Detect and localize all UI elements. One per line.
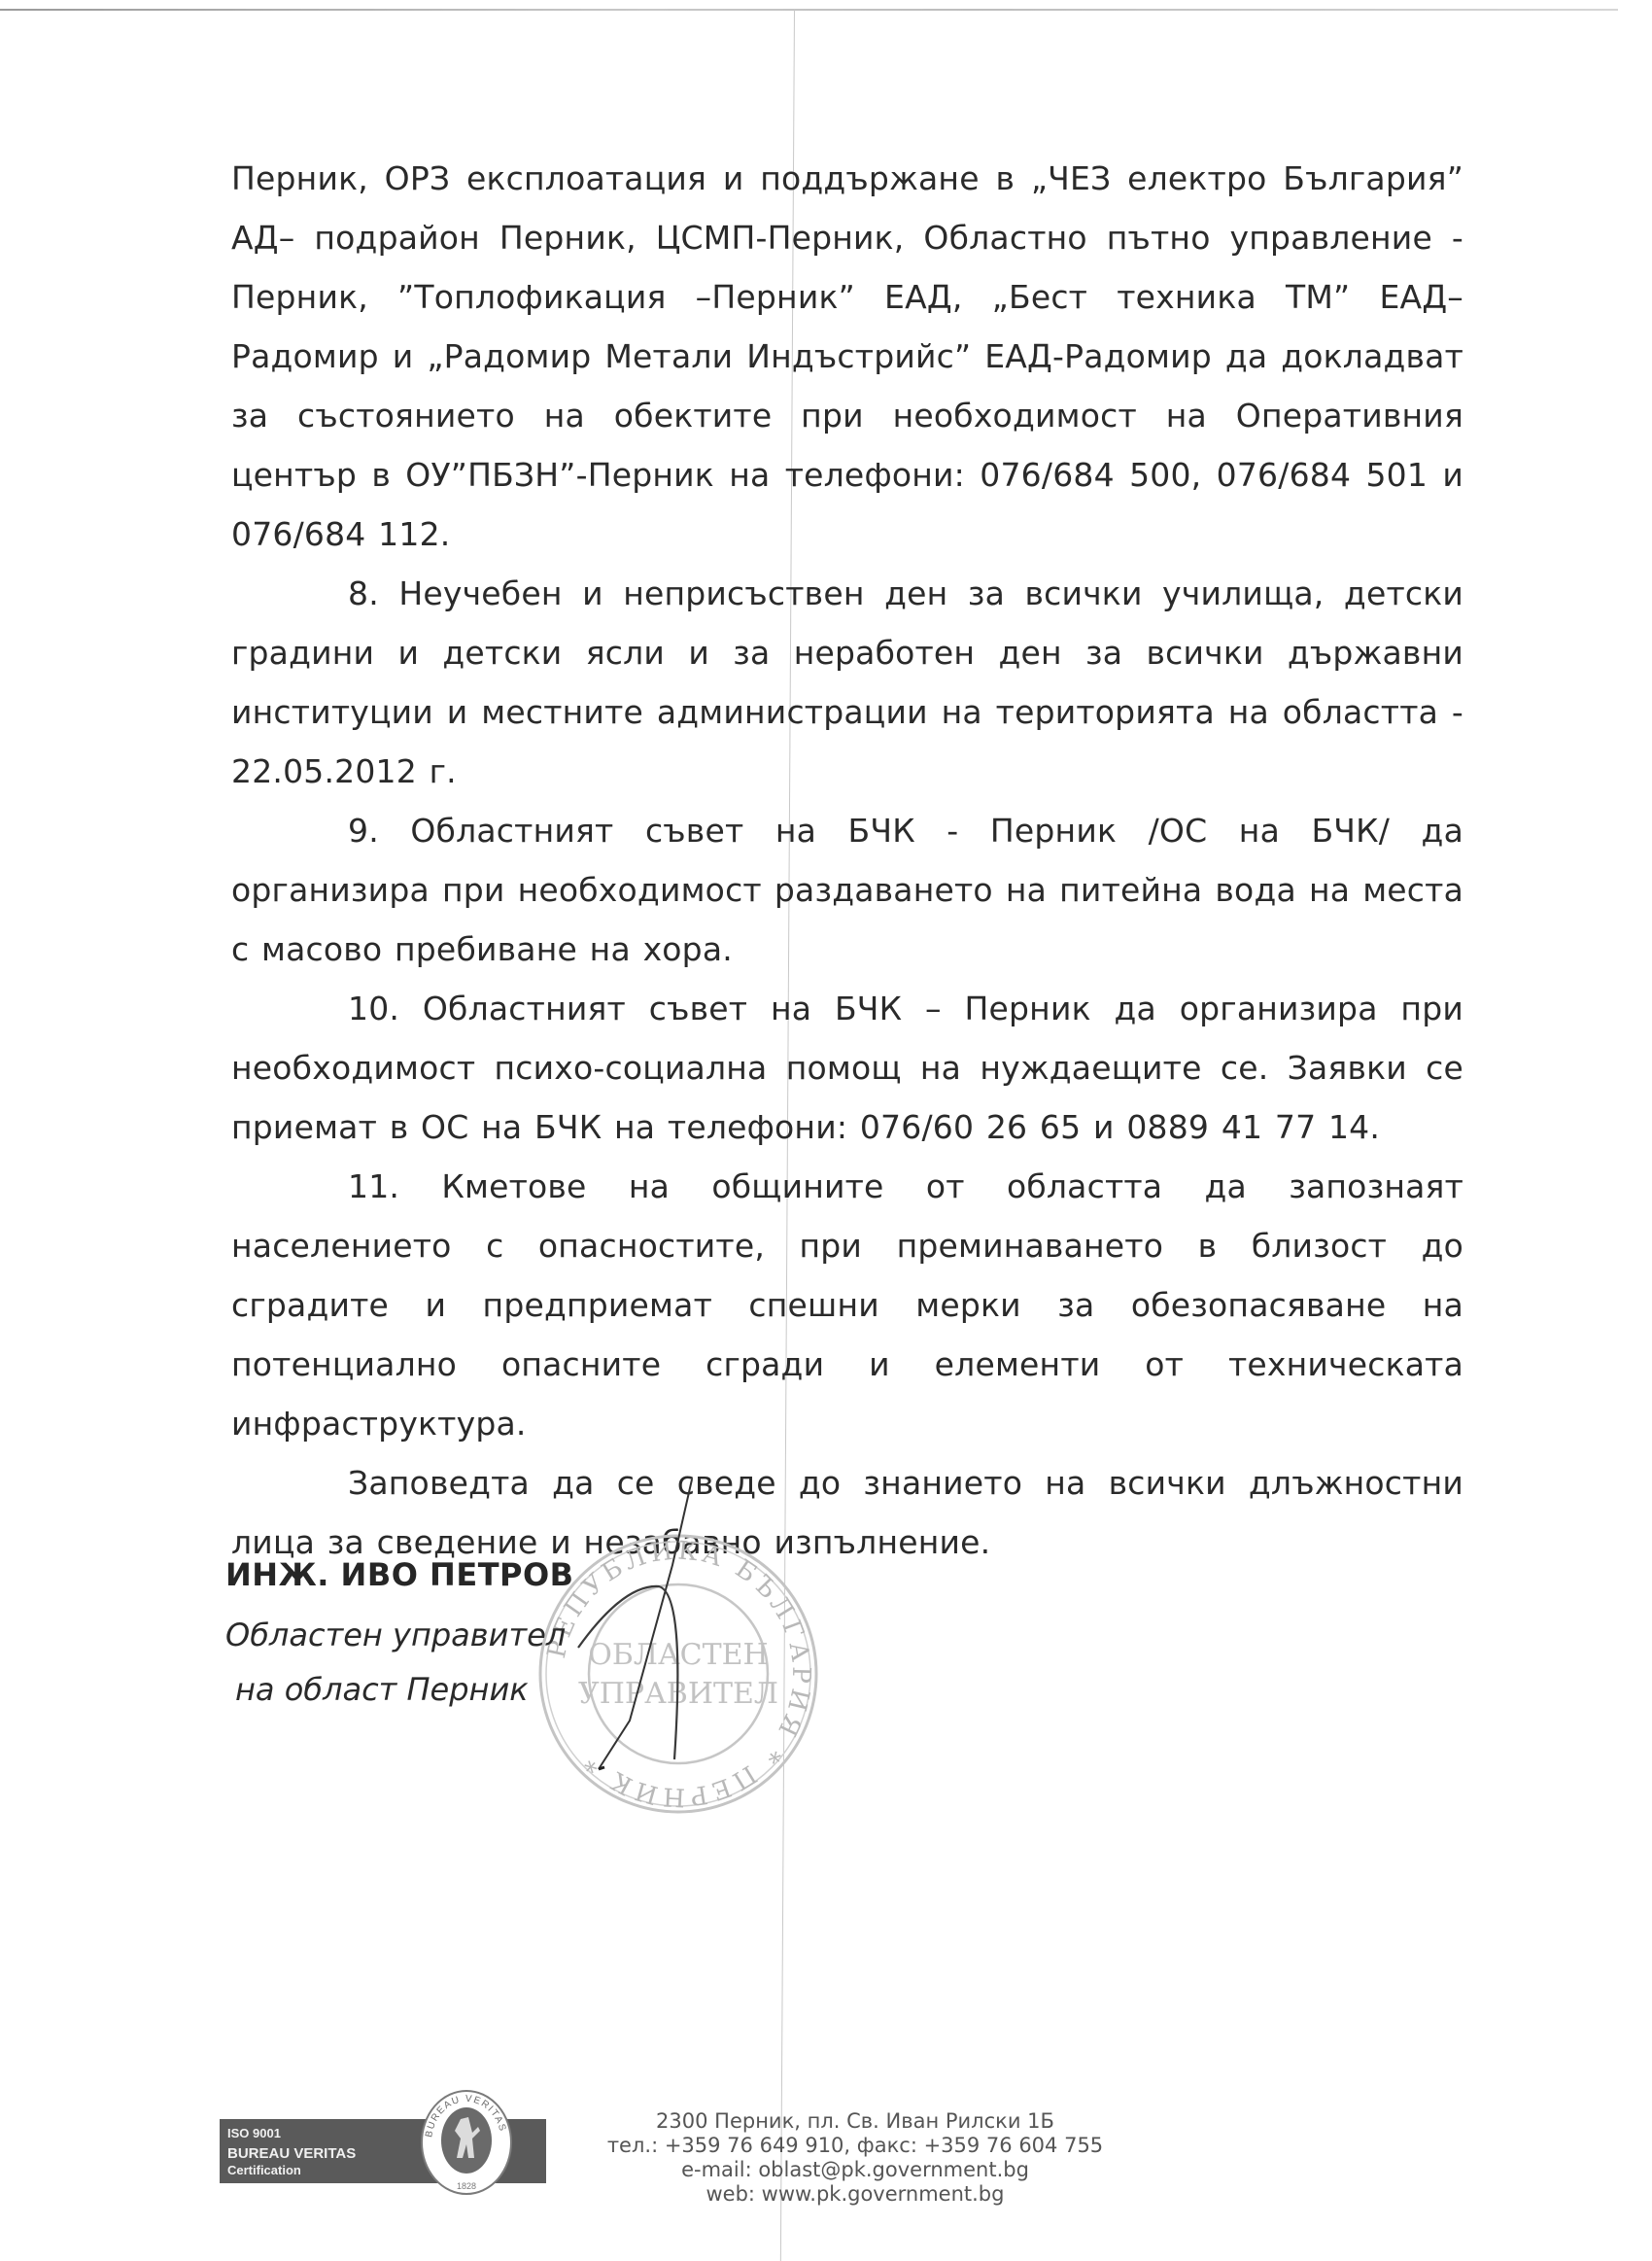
svg-text:1828: 1828 — [457, 2181, 476, 2191]
paragraph-item-8: 8. Неучебен и неприсъствен ден за всички… — [231, 564, 1463, 801]
cert-iso-label: ISO 9001 — [227, 2126, 281, 2140]
paragraph-item-9: 9. Областният съвет на БЧК - Перник /ОС … — [231, 801, 1463, 979]
contact-info: 2300 Перник, пл. Св. Иван Рилски 1Б тел.… — [564, 2109, 1147, 2207]
paragraph-closing: Заповедта да се сведе до знанието на вси… — [231, 1453, 1463, 1572]
web-link[interactable]: web: www.pk.government.bg — [564, 2182, 1147, 2207]
signature-block: ИНЖ. ИВО ПЕТРОВ Областен управител на об… — [225, 1555, 574, 1709]
svg-text:ОБЛАСТЕН: ОБЛАСТЕН — [588, 1638, 768, 1672]
cert-certification-label: Certification — [227, 2163, 301, 2177]
paragraph-item-10: 10. Областният съвет на БЧК – Перник да … — [231, 979, 1463, 1157]
bureau-veritas-emblem-icon: BUREAU VERITAS 1828 — [418, 2088, 515, 2197]
document-body: Перник, ОРЗ експлоатация и поддържане в … — [231, 149, 1463, 1572]
svg-text:РЕПУБЛИКА БЪЛГАРИЯ * ПЕРНИК *: РЕПУБЛИКА БЪЛГАРИЯ * ПЕРНИК * — [542, 1536, 815, 1811]
official-stamp-icon: РЕПУБЛИКА БЪЛГАРИЯ * ПЕРНИК * ОБЛАСТЕН У… — [533, 1528, 824, 1820]
paragraph-continuation: Перник, ОРЗ експлоатация и поддържане в … — [231, 149, 1463, 564]
svg-text:УПРАВИТЕЛ: УПРАВИТЕЛ — [578, 1677, 778, 1711]
letterhead-footer: ISO 9001 BUREAU VERITAS Certification BU… — [0, 2109, 1652, 2226]
cert-brand-label: BUREAU VERITAS — [227, 2145, 356, 2162]
signer-name: ИНЖ. ИВО ПЕТРОВ — [225, 1555, 574, 1594]
signer-region: на област Перник — [225, 1670, 574, 1709]
email-link[interactable]: e-mail: oblast@pk.government.bg — [564, 2158, 1147, 2182]
address-line: 2300 Перник, пл. Св. Иван Рилски 1Б — [564, 2109, 1147, 2134]
paragraph-item-11: 11. Кметове на общините от областта да з… — [231, 1157, 1463, 1453]
phone-fax-line: тел.: +359 76 649 910, факс: +359 76 604… — [564, 2134, 1147, 2158]
signer-title: Областен управител — [225, 1616, 574, 1654]
scan-top-edge — [0, 9, 1618, 11]
